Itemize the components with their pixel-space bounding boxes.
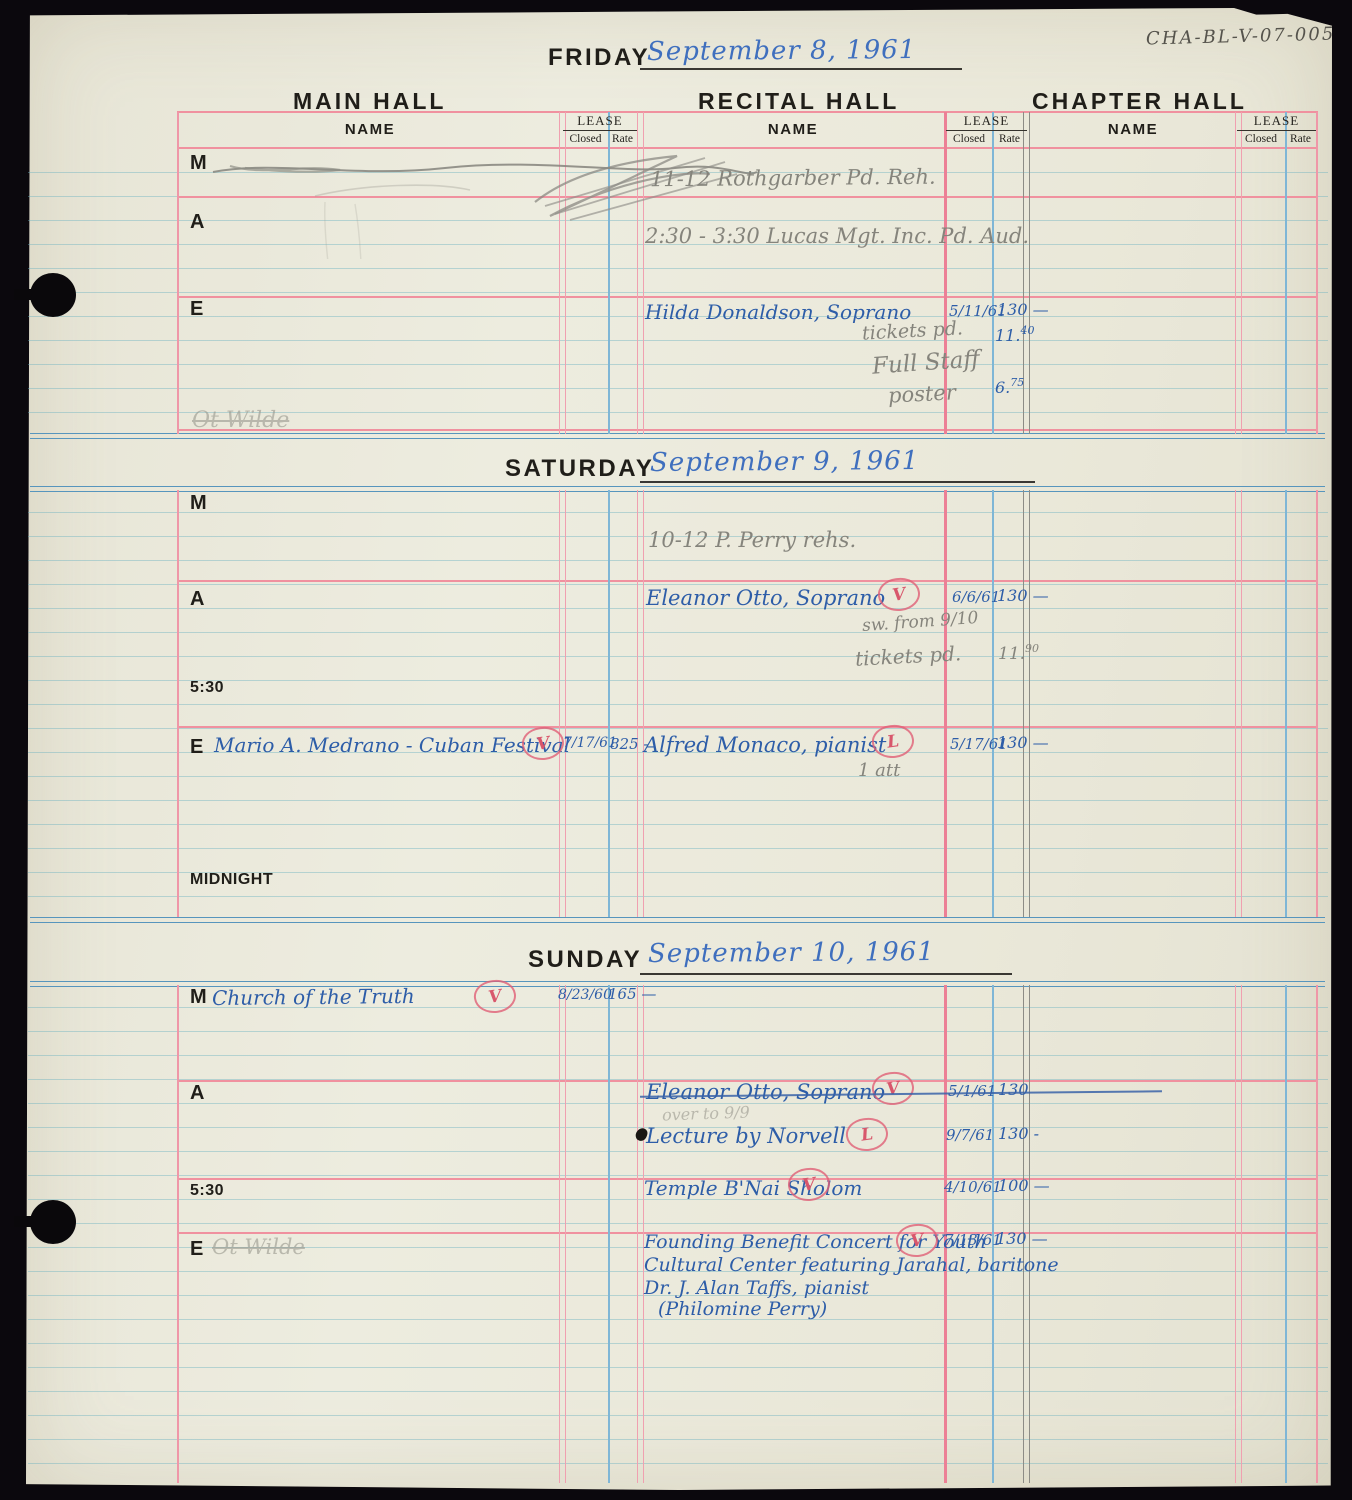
column-line xyxy=(1316,490,1318,917)
column-line xyxy=(637,490,644,917)
column-line xyxy=(637,985,644,1483)
column-line xyxy=(992,112,994,434)
column-line xyxy=(1285,112,1287,434)
row-label-midnight: MIDNIGHT xyxy=(190,871,273,889)
column-line xyxy=(177,985,179,1483)
column-line xyxy=(177,490,179,917)
entry-recital-afternoon: Eleanor Otto, Soprano xyxy=(646,586,885,610)
lease-label: LEASE xyxy=(1237,113,1316,131)
column-line xyxy=(1235,985,1242,1483)
entry-recital-afternoon: 2:30 - 3:30 Lucas Mgt. Inc. Pd. Aud. xyxy=(645,224,1029,248)
lease-label: LEASE xyxy=(946,113,1027,131)
column-line xyxy=(1235,490,1242,917)
row-label-m: M xyxy=(190,986,207,1009)
column-line xyxy=(992,490,994,917)
grid-line xyxy=(177,296,1318,298)
row-label-530: 5:30 xyxy=(190,1182,224,1200)
ruled-lines-saturday xyxy=(28,489,1328,919)
entry-recital-evening-line2: Cultural Center featuring Jarahal, barit… xyxy=(644,1254,1059,1276)
row-label-e: E xyxy=(190,736,203,759)
rate-value: 100 — xyxy=(998,1176,1050,1195)
rate-value: 130 — xyxy=(996,1229,1048,1248)
rate-value: 130 xyxy=(998,1080,1029,1099)
column-line xyxy=(1023,490,1030,917)
note-attendance: 1 att xyxy=(858,760,900,781)
note-poster: poster xyxy=(887,380,956,408)
day-title-sunday: SUNDAY xyxy=(528,946,642,974)
column-line xyxy=(1285,985,1287,1483)
rate-label: Rate xyxy=(992,133,1027,145)
note-moved: over to 9/9 xyxy=(662,1102,750,1124)
rate-value: 165 — xyxy=(608,985,656,1003)
day-date-friday: September 8, 1961 xyxy=(647,35,916,67)
hole-punch-bottom xyxy=(30,1200,76,1244)
column-line xyxy=(1285,490,1287,917)
row-label-a: A xyxy=(190,211,204,234)
row-label-m: M xyxy=(190,492,207,515)
date-underline-saturday xyxy=(640,481,1035,483)
rate-value: 130 — xyxy=(997,733,1049,752)
entry-recital-evening: Alfred Monaco, pianist xyxy=(644,733,886,757)
column-line xyxy=(608,985,610,1483)
day-title-saturday: SATURDAY xyxy=(505,455,654,483)
rate-value: 130 — xyxy=(997,300,1049,319)
entry-recital-evening-line3: Dr. J. Alan Taffs, pianist xyxy=(644,1277,869,1299)
column-line xyxy=(1316,985,1318,1483)
row-label-a: A xyxy=(190,588,204,611)
day-date-sunday: September 10, 1961 xyxy=(648,937,935,969)
column-line xyxy=(177,112,179,434)
entry-recital-evening-line4: (Philomine Perry) xyxy=(658,1298,827,1320)
column-line xyxy=(608,490,610,917)
row-label-e: E xyxy=(190,298,203,321)
section-divider xyxy=(30,486,1325,492)
entry-recital-morning: 11-12 Rothgarber Pd. Reh. xyxy=(650,165,936,191)
closed-date: 7/17/61 xyxy=(563,735,617,751)
column-line xyxy=(1235,112,1242,434)
amount-poster: 6.75 xyxy=(995,376,1024,397)
closed-date: 4/10/61 xyxy=(944,1178,1002,1196)
section-divider xyxy=(30,433,1325,439)
closed-label: Closed xyxy=(946,133,992,145)
closed-date: 8/23/60 xyxy=(558,987,612,1003)
closed-date: 6/6/61 xyxy=(952,588,1000,606)
grid-line xyxy=(177,429,1318,431)
grid-line xyxy=(177,726,1318,728)
hall-title-main: MAIN HALL xyxy=(293,88,446,115)
row-label-530: 5:30 xyxy=(190,679,224,697)
lease-header-chapter: LEASE ClosedRate xyxy=(1237,113,1316,145)
entry-recital-morning: 10-12 P. Perry rehs. xyxy=(648,528,856,552)
entry-recital-cancelled: Eleanor Otto, Soprano xyxy=(646,1080,885,1104)
name-header-main: NAME xyxy=(250,121,490,138)
hall-title-recital: RECITAL HALL xyxy=(698,88,899,115)
name-header-chapter: NAME xyxy=(1013,121,1253,138)
closed-date: 9/7/61 xyxy=(946,1126,994,1144)
day-title-friday: FRIDAY xyxy=(548,44,650,72)
section-divider xyxy=(30,917,1325,923)
closed-date: 5/1/61 xyxy=(948,1082,996,1100)
rate-value: 130 - xyxy=(998,1124,1039,1143)
day-date-saturday: September 9, 1961 xyxy=(650,446,919,478)
rate-value: 130 — xyxy=(997,586,1049,605)
ledger-page: CHA-BL-V-07-005 FRIDAY September 8, 1961… xyxy=(0,0,1352,1500)
date-underline-sunday xyxy=(640,973,1012,975)
closed-label: Closed xyxy=(1237,133,1285,145)
column-line xyxy=(559,985,566,1483)
row-label-e: E xyxy=(190,1238,203,1261)
amount-tickets: 11.40 xyxy=(995,324,1034,345)
grid-line xyxy=(177,580,1318,582)
entry-recital-evening: Hilda Donaldson, Soprano xyxy=(645,300,911,324)
lease-label: LEASE xyxy=(563,113,637,131)
rate-value: 825 - xyxy=(610,735,648,753)
row-label-a: A xyxy=(190,1082,204,1105)
closed-date: 7/13/61 xyxy=(944,1231,1002,1249)
column-line xyxy=(559,490,566,917)
entry-main-evening: Mario A. Medrano - Cuban Festival xyxy=(214,733,570,757)
hole-punch-top xyxy=(30,273,76,317)
lease-header-main: LEASE ClosedRate xyxy=(563,113,637,145)
hall-title-chapter: CHAPTER HALL xyxy=(1032,88,1247,115)
column-line xyxy=(1316,112,1318,434)
date-underline-friday xyxy=(640,68,962,70)
column-line xyxy=(944,490,947,917)
lease-header-recital: LEASE ClosedRate xyxy=(946,113,1027,145)
amount-tickets: 11.90 xyxy=(998,642,1039,664)
name-header-recital: NAME xyxy=(673,121,913,138)
entry-recital-lecture: Lecture by Norvell xyxy=(646,1124,846,1148)
note-ot-wilde-sunday: Ot Wilde xyxy=(212,1235,305,1259)
entry-main-morning: Church of the Truth xyxy=(212,984,415,1010)
rate-label: Rate xyxy=(1285,133,1316,145)
note-ot-wilde-friday: Ot Wilde xyxy=(192,408,289,433)
